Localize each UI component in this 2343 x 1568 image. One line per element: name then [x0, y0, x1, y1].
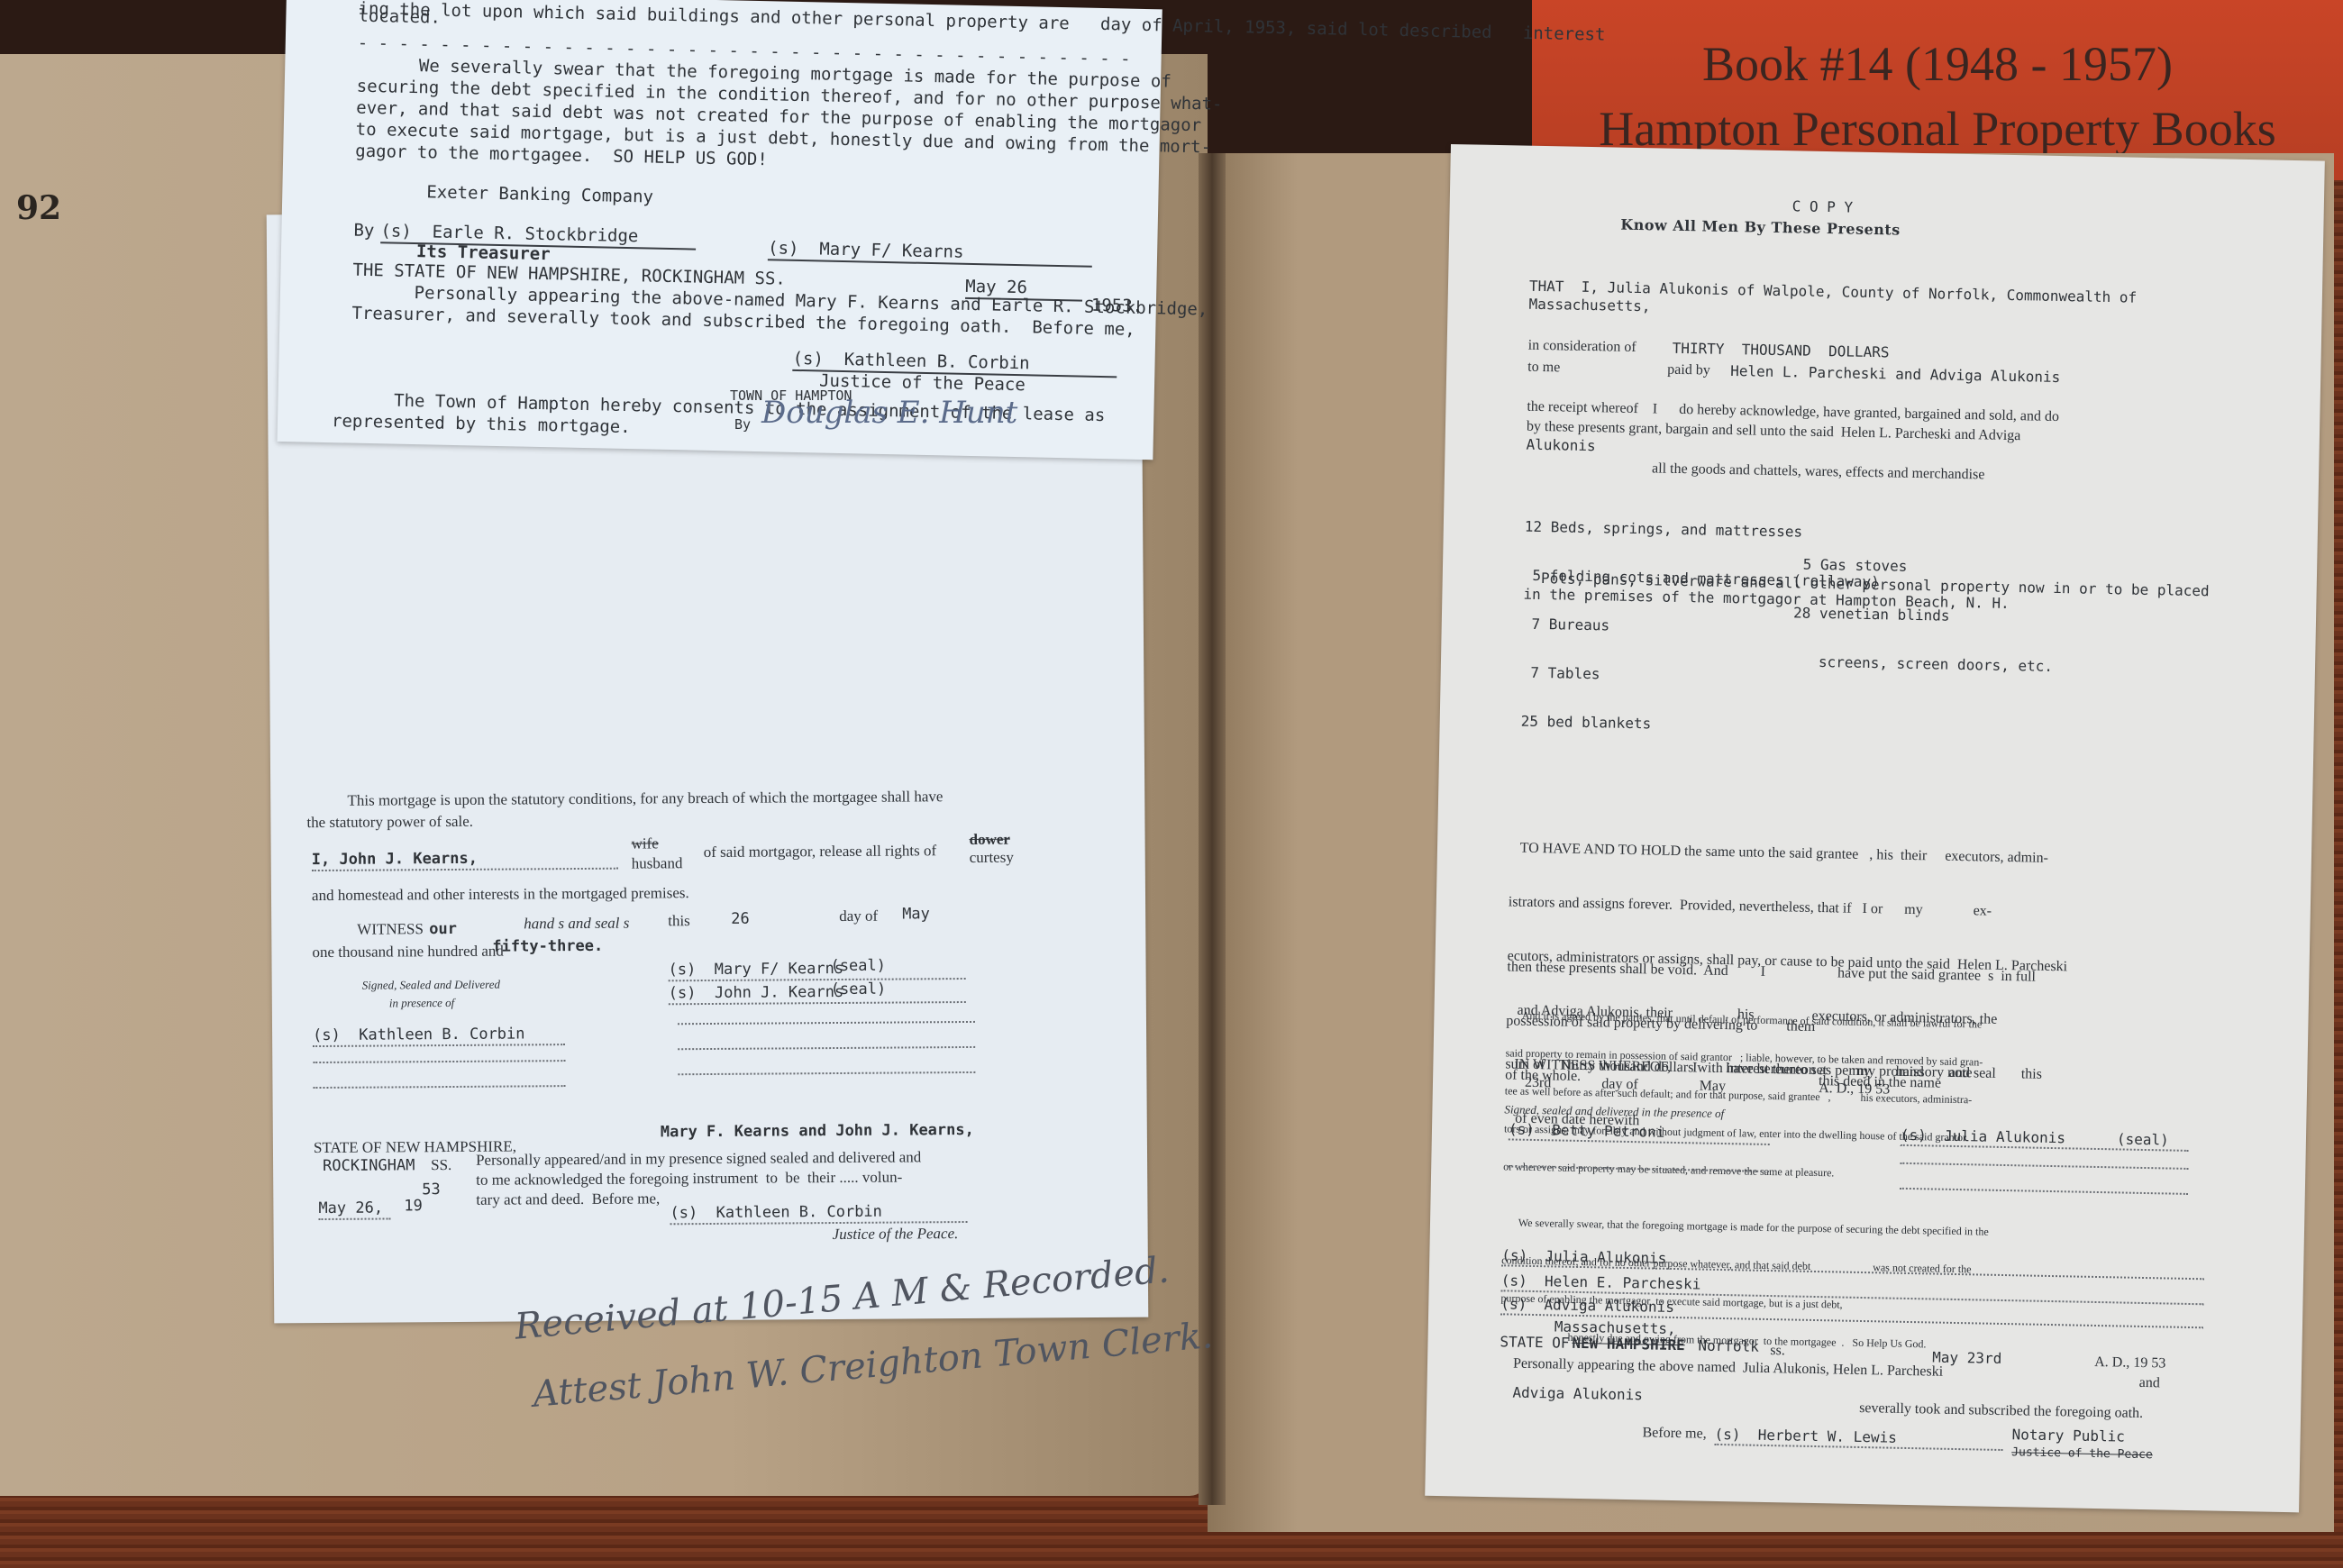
witness-label: WITNESS [357, 919, 424, 940]
husband-label: husband [632, 853, 683, 873]
blank-line [313, 1085, 565, 1089]
that-line-2: Massachusetts, [1528, 296, 1650, 316]
struck-dower: dower [970, 830, 1010, 850]
ack-names: Mary F. Kearns and John J. Kearns, [661, 1120, 974, 1142]
signature-mary-kearns-slip: (s) Mary F/ Kearns [768, 237, 1092, 268]
ack-signature-corbin: (s) Kathleen B. Corbin [670, 1201, 967, 1225]
habendum-line: istrators and assigns forever. Provided,… [1509, 893, 2069, 922]
ack-year-right: A. D., 19 53 [2094, 1354, 2165, 1373]
state-label: STATE OF [1500, 1333, 1569, 1352]
ack-line-2-right: Adviga Alukonis [1512, 1384, 1643, 1405]
notary-signature: (s) Herbert W. Lewis [1714, 1426, 2002, 1451]
mortgage-form-right: C O P Y Know All Men By These Presents T… [1425, 144, 2325, 1512]
ack-and: and [2139, 1374, 2160, 1392]
witness-this: this [668, 911, 690, 931]
struck-justice-of-the-peace: Justice of the Peace [2011, 1444, 2153, 1464]
in-presence-label: in presence of [389, 993, 455, 1014]
witness-our: our [429, 919, 457, 939]
receipt-line-3: Alukonis [1526, 436, 1595, 455]
year-prefix: one thousand nine hundred and [312, 942, 504, 962]
ack-line-3: tary act and deed. Before me, [476, 1189, 660, 1209]
inventory-item: screens, screen doors, etc. [1792, 653, 2053, 675]
blank-line [678, 1021, 975, 1025]
before-me-label: Before me, [1642, 1424, 1706, 1443]
notary-title: Notary Public [2011, 1426, 2125, 1445]
witness-hands: hand s and seal s [524, 914, 629, 934]
blank-line [313, 1060, 565, 1063]
ack-title: Justice of the Peace. [833, 1224, 959, 1244]
copy-label: C O P Y [1792, 197, 1854, 216]
consideration-amount: THIRTY THOUSAND DOLLARS [1673, 340, 1890, 362]
statutory-line-1: This mortgage is upon the statutory cond… [324, 787, 943, 811]
town-signature-block: TOWN OF HAMPTON By Douglas E. Hunt [721, 378, 1135, 433]
witness-month: May [902, 904, 930, 924]
ack-year: 53 [422, 1180, 441, 1199]
town-official-signature: Douglas E. Hunt [761, 395, 1017, 431]
by-label: By [353, 220, 374, 242]
signature-john-kearns: (s) John J. Kearns [669, 981, 966, 1005]
goods-line: all the goods and chattels, wares, effec… [1652, 460, 1985, 484]
agreement-line: And it is agreed by the parties, that un… [1506, 1008, 1983, 1030]
habendum-line: TO HAVE AND TO HOLD the same unto the sa… [1509, 839, 2070, 868]
year-words: fifty-three. [492, 936, 603, 957]
oath-line: We severally swear, that the foregoing m… [1502, 1216, 1989, 1237]
document-heading: Know All Men By These Presents [1620, 216, 1901, 240]
witness-day: 26 [731, 909, 750, 929]
blank-line [678, 1071, 975, 1075]
town-by-label: By [734, 416, 751, 433]
paid-by-label: paid by [1667, 361, 1710, 380]
page-number: 92 [16, 189, 61, 227]
seal-2: (seal) [831, 980, 887, 999]
bank-name: Exeter Banking Company [426, 181, 653, 207]
release-text: of said mortgagor, release all rights of [704, 841, 937, 862]
struck-wife: wife [632, 834, 659, 853]
ack-county: ROCKINGHAM [323, 1155, 415, 1176]
inventory-item: 25 bed blankets [1521, 714, 1877, 737]
witness-signature-corbin: (s) Kathleen B. Corbin [313, 1024, 565, 1047]
seal-1: (seal) [830, 956, 886, 976]
inventory-right: 5 Gas stoves 28 venetian blinds screens,… [1791, 524, 2056, 707]
signature-mary-kearns: (s) Mary F/ Kearns [669, 958, 966, 981]
consideration-label: in consideration of [1528, 337, 1636, 357]
slip-line-2: located. [358, 5, 441, 29]
curtesy-label: curtesy [970, 848, 1014, 868]
paid-by-names: Helen L. Parcheski and Adviga Alukonis [1730, 362, 2060, 387]
ack-ss: SS. [431, 1155, 451, 1175]
to-me-label: to me [1527, 359, 1560, 378]
homestead-line: and homestead and other interests in the… [312, 883, 689, 906]
grantor-seal: (seal) [2117, 1130, 2169, 1149]
book-gutter [1199, 153, 1226, 1505]
blank-line [678, 1046, 975, 1050]
binder-title: Book #14 (1948 - 1957) [1532, 36, 2343, 92]
ack-year-prefix: 19 [404, 1196, 423, 1216]
county-norfolk: Norfolk [1698, 1337, 1759, 1356]
ack-line-2: to me acknowledged the foregoing instrum… [476, 1168, 902, 1190]
statutory-line-2: the statutory power of sale. [306, 812, 473, 833]
ack-line-3-right: severally took and subscribed the forego… [1859, 1399, 2143, 1423]
ss-label: ss. [1770, 1342, 1785, 1360]
struck-new-hampshire: NEW HAMPSHIRE [1572, 1335, 1685, 1354]
void-line: then these presents shall be void. And I… [1507, 958, 2036, 986]
release-name: I, John J. Kearns, [312, 848, 618, 871]
witness-day-of: day of [839, 907, 878, 926]
ack-date: May 26, [318, 1198, 390, 1220]
